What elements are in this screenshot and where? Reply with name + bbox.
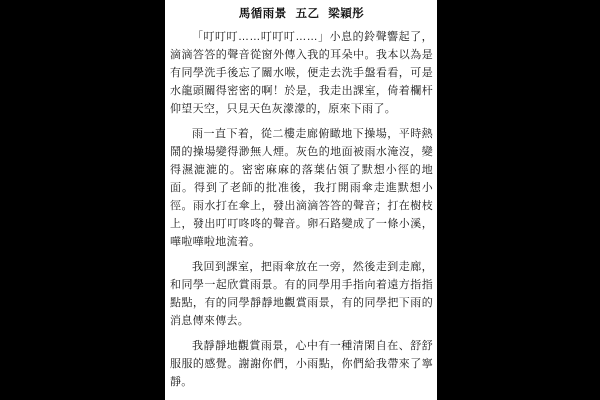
letterbox-background: 馬循雨景 五乙 梁穎彤 「叮叮叮……叮叮叮……」小息的鈴聲響起了，滴滴答答的聲音… [0,0,600,400]
paragraph-3: 我回到課室，把雨傘放在一旁，然後走到走廊，和同學一起欣賞雨景。有的同學用手指向着… [170,258,433,330]
paragraph-1: 「叮叮叮……叮叮叮……」小息的鈴聲響起了，滴滴答答的聲音從窗外傳入我的耳朵中。我… [170,28,433,118]
essay-title: 馬循雨景 [239,7,287,22]
essay-title-line: 馬循雨景 五乙 梁穎彤 [170,7,433,22]
class-name: 五乙 [296,7,320,22]
author-name: 梁穎彤 [328,7,364,22]
paragraph-2: 雨一直下着，從二樓走廊俯瞰地下操場，平時熱鬧的操場變得渺無人煙。灰色的地面被雨水… [170,125,433,251]
essay-body: 「叮叮叮……叮叮叮……」小息的鈴聲響起了，滴滴答答的聲音從窗外傳入我的耳朵中。我… [170,28,433,391]
paragraph-4: 我靜靜地觀賞雨景，心中有一種清閑自在、舒舒服服的感覺。謝謝你們，小雨點，你們給我… [170,337,433,391]
document-page: 馬循雨景 五乙 梁穎彤 「叮叮叮……叮叮叮……」小息的鈴聲響起了，滴滴答答的聲音… [165,0,437,400]
